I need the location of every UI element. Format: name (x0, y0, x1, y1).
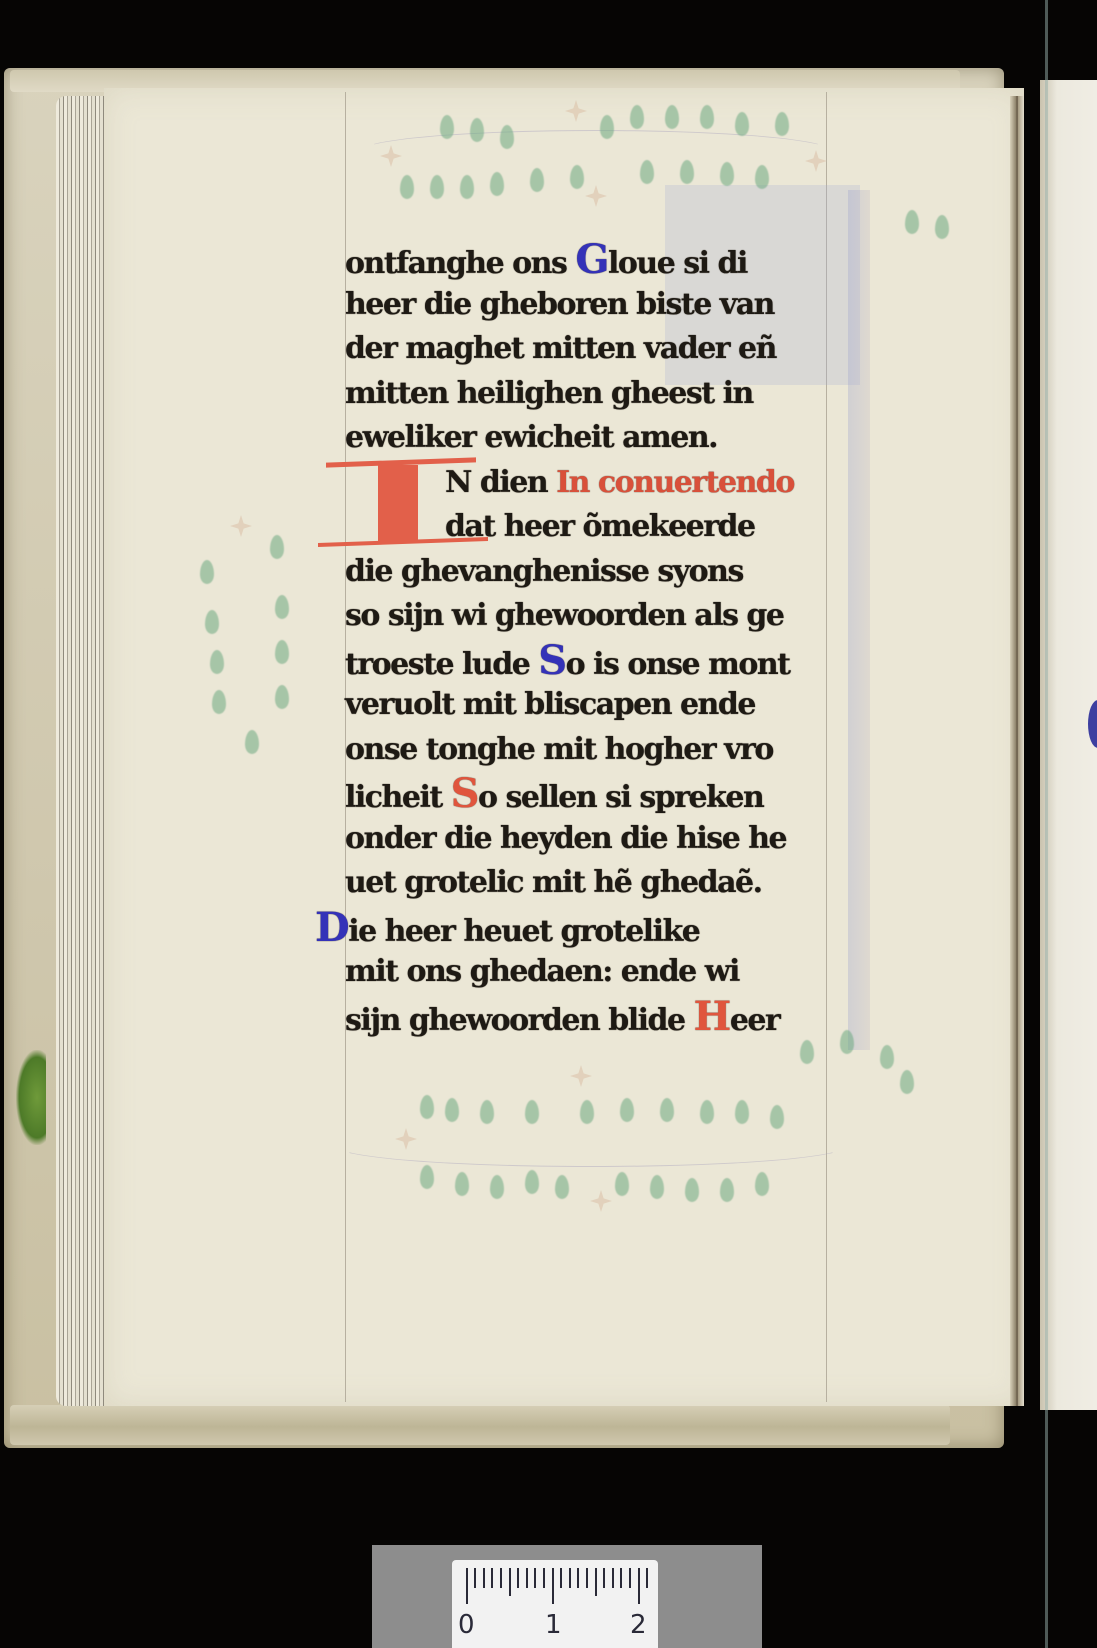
facing-page-edge (1040, 80, 1097, 1410)
gutter-fold (1010, 96, 1024, 1406)
text-line-8: die ghevanghenisse syons (345, 550, 865, 595)
text-line-12: onse tonghe mit hogher vro (345, 728, 865, 773)
text-line-5: eweliker ewicheit amen. (345, 416, 865, 461)
text-line-14: onder die heyden die hise he (345, 817, 865, 862)
page-stack-edge (56, 96, 106, 1406)
green-textile-tab (16, 1050, 46, 1145)
rubric-heading: In conuertendo (556, 465, 794, 500)
ruler-label-2: 2 (630, 1610, 647, 1640)
text-line-18: sijn ghewoorden blide Heer (345, 995, 865, 1040)
text-line-16: Die heer heuet grotelike (315, 906, 865, 951)
text-line-3: der maghet mitten vader eñ (345, 327, 865, 372)
text-line-15: uet grotelic mit hẽ ghedaẽ. (345, 861, 865, 906)
text-line-10: troeste lude So is onse mont (345, 639, 865, 684)
ruler-label-1: 1 (545, 1610, 562, 1640)
text-line-4: mitten heilighen gheest in (345, 372, 865, 417)
text-line-9: so sijn wi ghewoorden als ge (345, 594, 865, 639)
text-line-1: ontfanghe ons Gloue si di (345, 238, 865, 283)
text-line-6: N dien In conuertendo (345, 461, 865, 506)
scale-ruler: 0 1 2 (452, 1560, 658, 1648)
text-block: ontfanghe ons Gloue si di heer die ghebo… (345, 238, 865, 1039)
blue-initial-g: G (575, 236, 608, 283)
red-initial-h: H (694, 993, 730, 1040)
text-line-17: mit ons ghedaen: ende wi (345, 950, 865, 995)
text-line-7: dat heer õmekeerde (345, 505, 865, 550)
blue-initial-d: D (315, 904, 348, 951)
blue-initial-s: S (538, 637, 565, 684)
glass-plate-edge (1045, 0, 1048, 1648)
text-line-2: heer die gheboren biste van (345, 283, 865, 328)
text-line-11: veruolt mit bliscapen ende (345, 683, 865, 728)
ruler-label-0: 0 (458, 1610, 475, 1640)
text-line-13: licheit So sellen si spreken (345, 772, 865, 817)
binding-bottom-edge (10, 1405, 950, 1445)
red-initial-s: S (451, 770, 478, 817)
